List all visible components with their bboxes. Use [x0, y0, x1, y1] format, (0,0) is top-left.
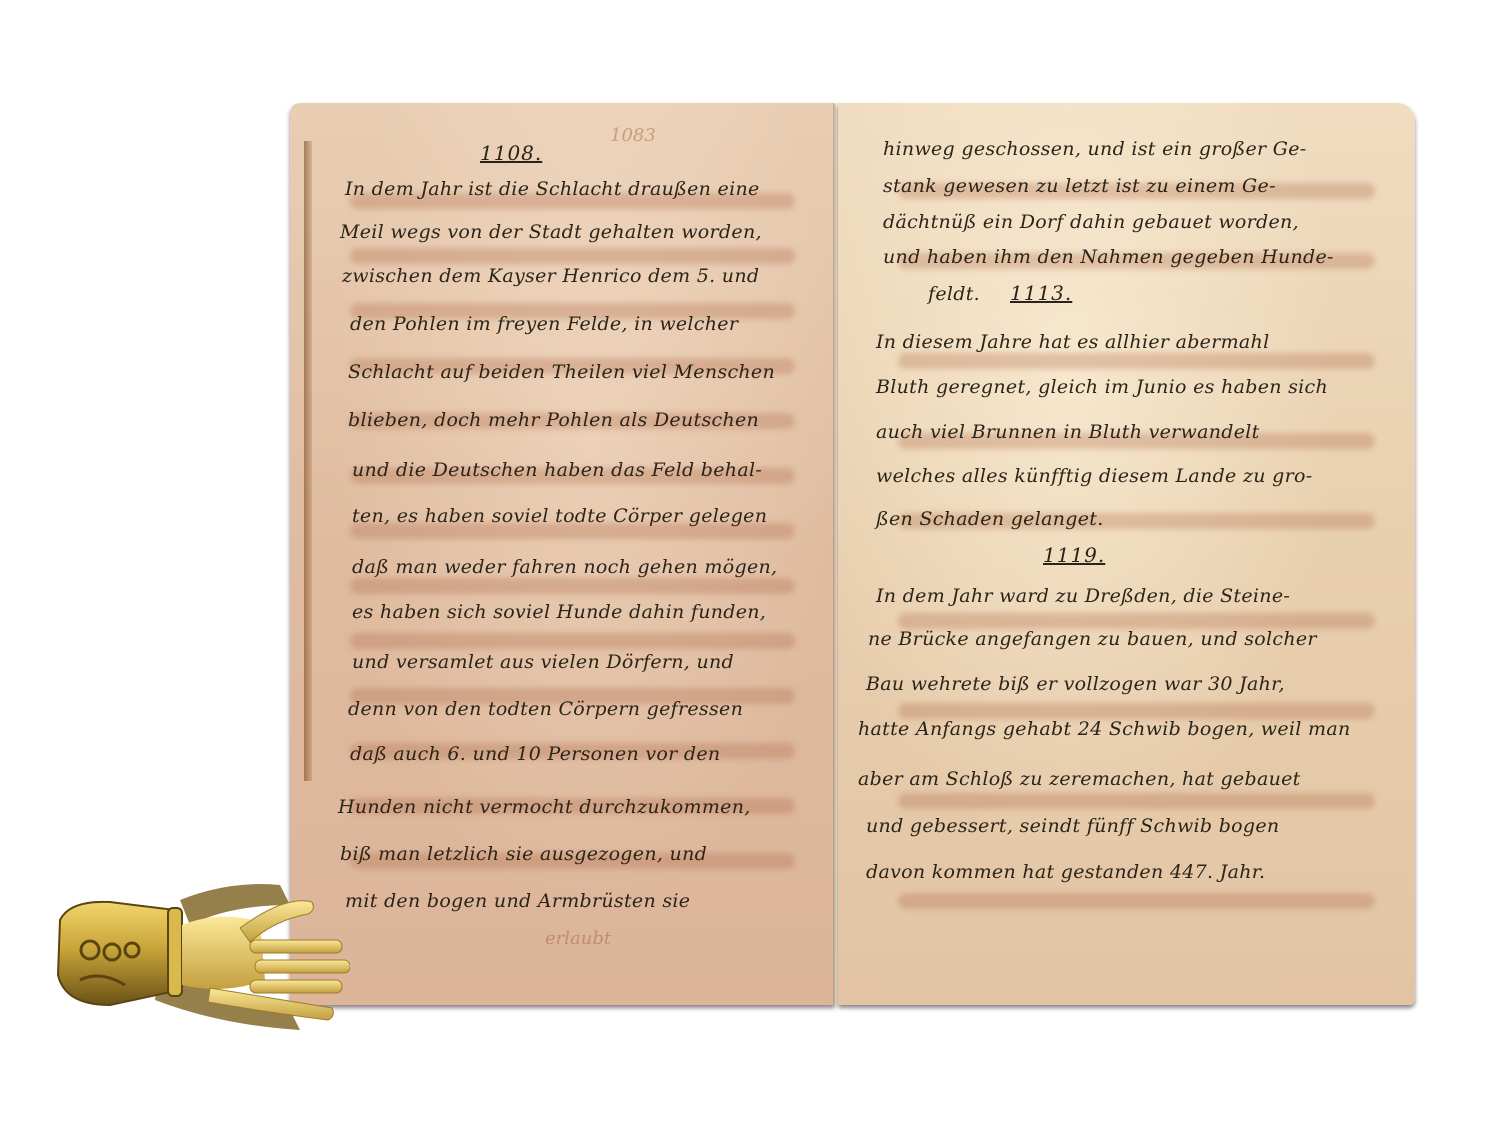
manuscript-line: mit den bogen und Armbrüsten sie [345, 890, 690, 912]
manuscript-line: biß man letzlich sie ausgezogen, und [340, 843, 707, 865]
manuscript-line: stank gewesen zu letzt ist zu einem Ge- [883, 175, 1276, 197]
open-manuscript-book: 1083 1108. In dem Jahr ist die Schlacht … [290, 103, 1415, 1005]
manuscript-line: Hunden nicht vermocht durchzukommen, [338, 796, 751, 818]
manuscript-line: ten, es haben soviel todte Cörper gelege… [352, 505, 767, 527]
manuscript-line: Meil wegs von der Stadt gehalten worden, [340, 221, 762, 243]
manuscript-line: Bluth geregnet, gleich im Junio es haben… [876, 376, 1328, 398]
left-page: 1083 1108. In dem Jahr ist die Schlacht … [290, 103, 835, 1005]
manuscript-line: davon kommen hat gestanden 447. Jahr. [866, 861, 1265, 883]
manuscript-line: hatte Anfangs gehabt 24 Schwib bogen, we… [858, 718, 1351, 740]
manuscript-line: auch viel Brunnen in Bluth verwandelt [876, 421, 1260, 443]
year-heading-1108: 1108. [480, 141, 542, 165]
manuscript-line: aber am Schloß zu zeremachen, hat gebaue… [858, 768, 1301, 790]
manuscript-line: und die Deutschen haben das Feld behal- [352, 459, 762, 481]
manuscript-line: ßen Schaden gelanget. [876, 508, 1104, 530]
manuscript-line: ne Brücke angefangen zu bauen, und solch… [868, 628, 1317, 650]
manuscript-line: und gebessert, seindt fünff Schwib bogen [866, 815, 1279, 837]
manuscript-line: blieben, doch mehr Pohlen als Deutschen [348, 409, 759, 431]
hand-clip-icon[interactable] [50, 880, 350, 1040]
manuscript-line: In dem Jahr ward zu Dreßden, die Steine- [876, 585, 1290, 607]
manuscript-line: es haben sich soviel Hunde dahin funden, [352, 601, 766, 623]
manuscript-line: den Pohlen im freyen Felde, in welcher [350, 313, 738, 335]
manuscript-line: und versamlet aus vielen Dörfern, und [352, 651, 734, 673]
manuscript-line: daß auch 6. und 10 Personen vor den [350, 743, 720, 765]
manuscript-line: daß man weder fahren noch gehen mögen, [352, 556, 777, 578]
bleed-through-footer: erlaubt [545, 928, 611, 949]
manuscript-line: hinweg geschossen, und ist ein großer Ge… [883, 138, 1306, 160]
manuscript-line: dächtnüß ein Dorf dahin gebauet worden, [883, 211, 1299, 233]
bleed-through-year: 1083 [610, 125, 656, 146]
manuscript-line: welches alles künfftig diesem Lande zu g… [876, 465, 1312, 487]
manuscript-line: In dem Jahr ist die Schlacht draußen ein… [345, 178, 760, 200]
right-page: hinweg geschossen, und ist ein großer Ge… [838, 103, 1415, 1005]
manuscript-line: und haben ihm den Nahmen gegeben Hunde- [883, 246, 1334, 268]
manuscript-line: zwischen dem Kayser Henrico dem 5. und [342, 265, 759, 287]
year-heading-1119: 1119. [1043, 543, 1105, 567]
manuscript-line: feldt. [928, 283, 980, 305]
manuscript-line: Bau wehrete biß er vollzogen war 30 Jahr… [866, 673, 1285, 695]
manuscript-line: Schlacht auf beiden Theilen viel Mensche… [348, 361, 775, 383]
manuscript-line: In diesem Jahre hat es allhier abermahl [876, 331, 1269, 353]
manuscript-line: denn von den todten Cörpern gefressen [348, 698, 743, 720]
year-heading-1113: 1113. [1010, 281, 1072, 305]
